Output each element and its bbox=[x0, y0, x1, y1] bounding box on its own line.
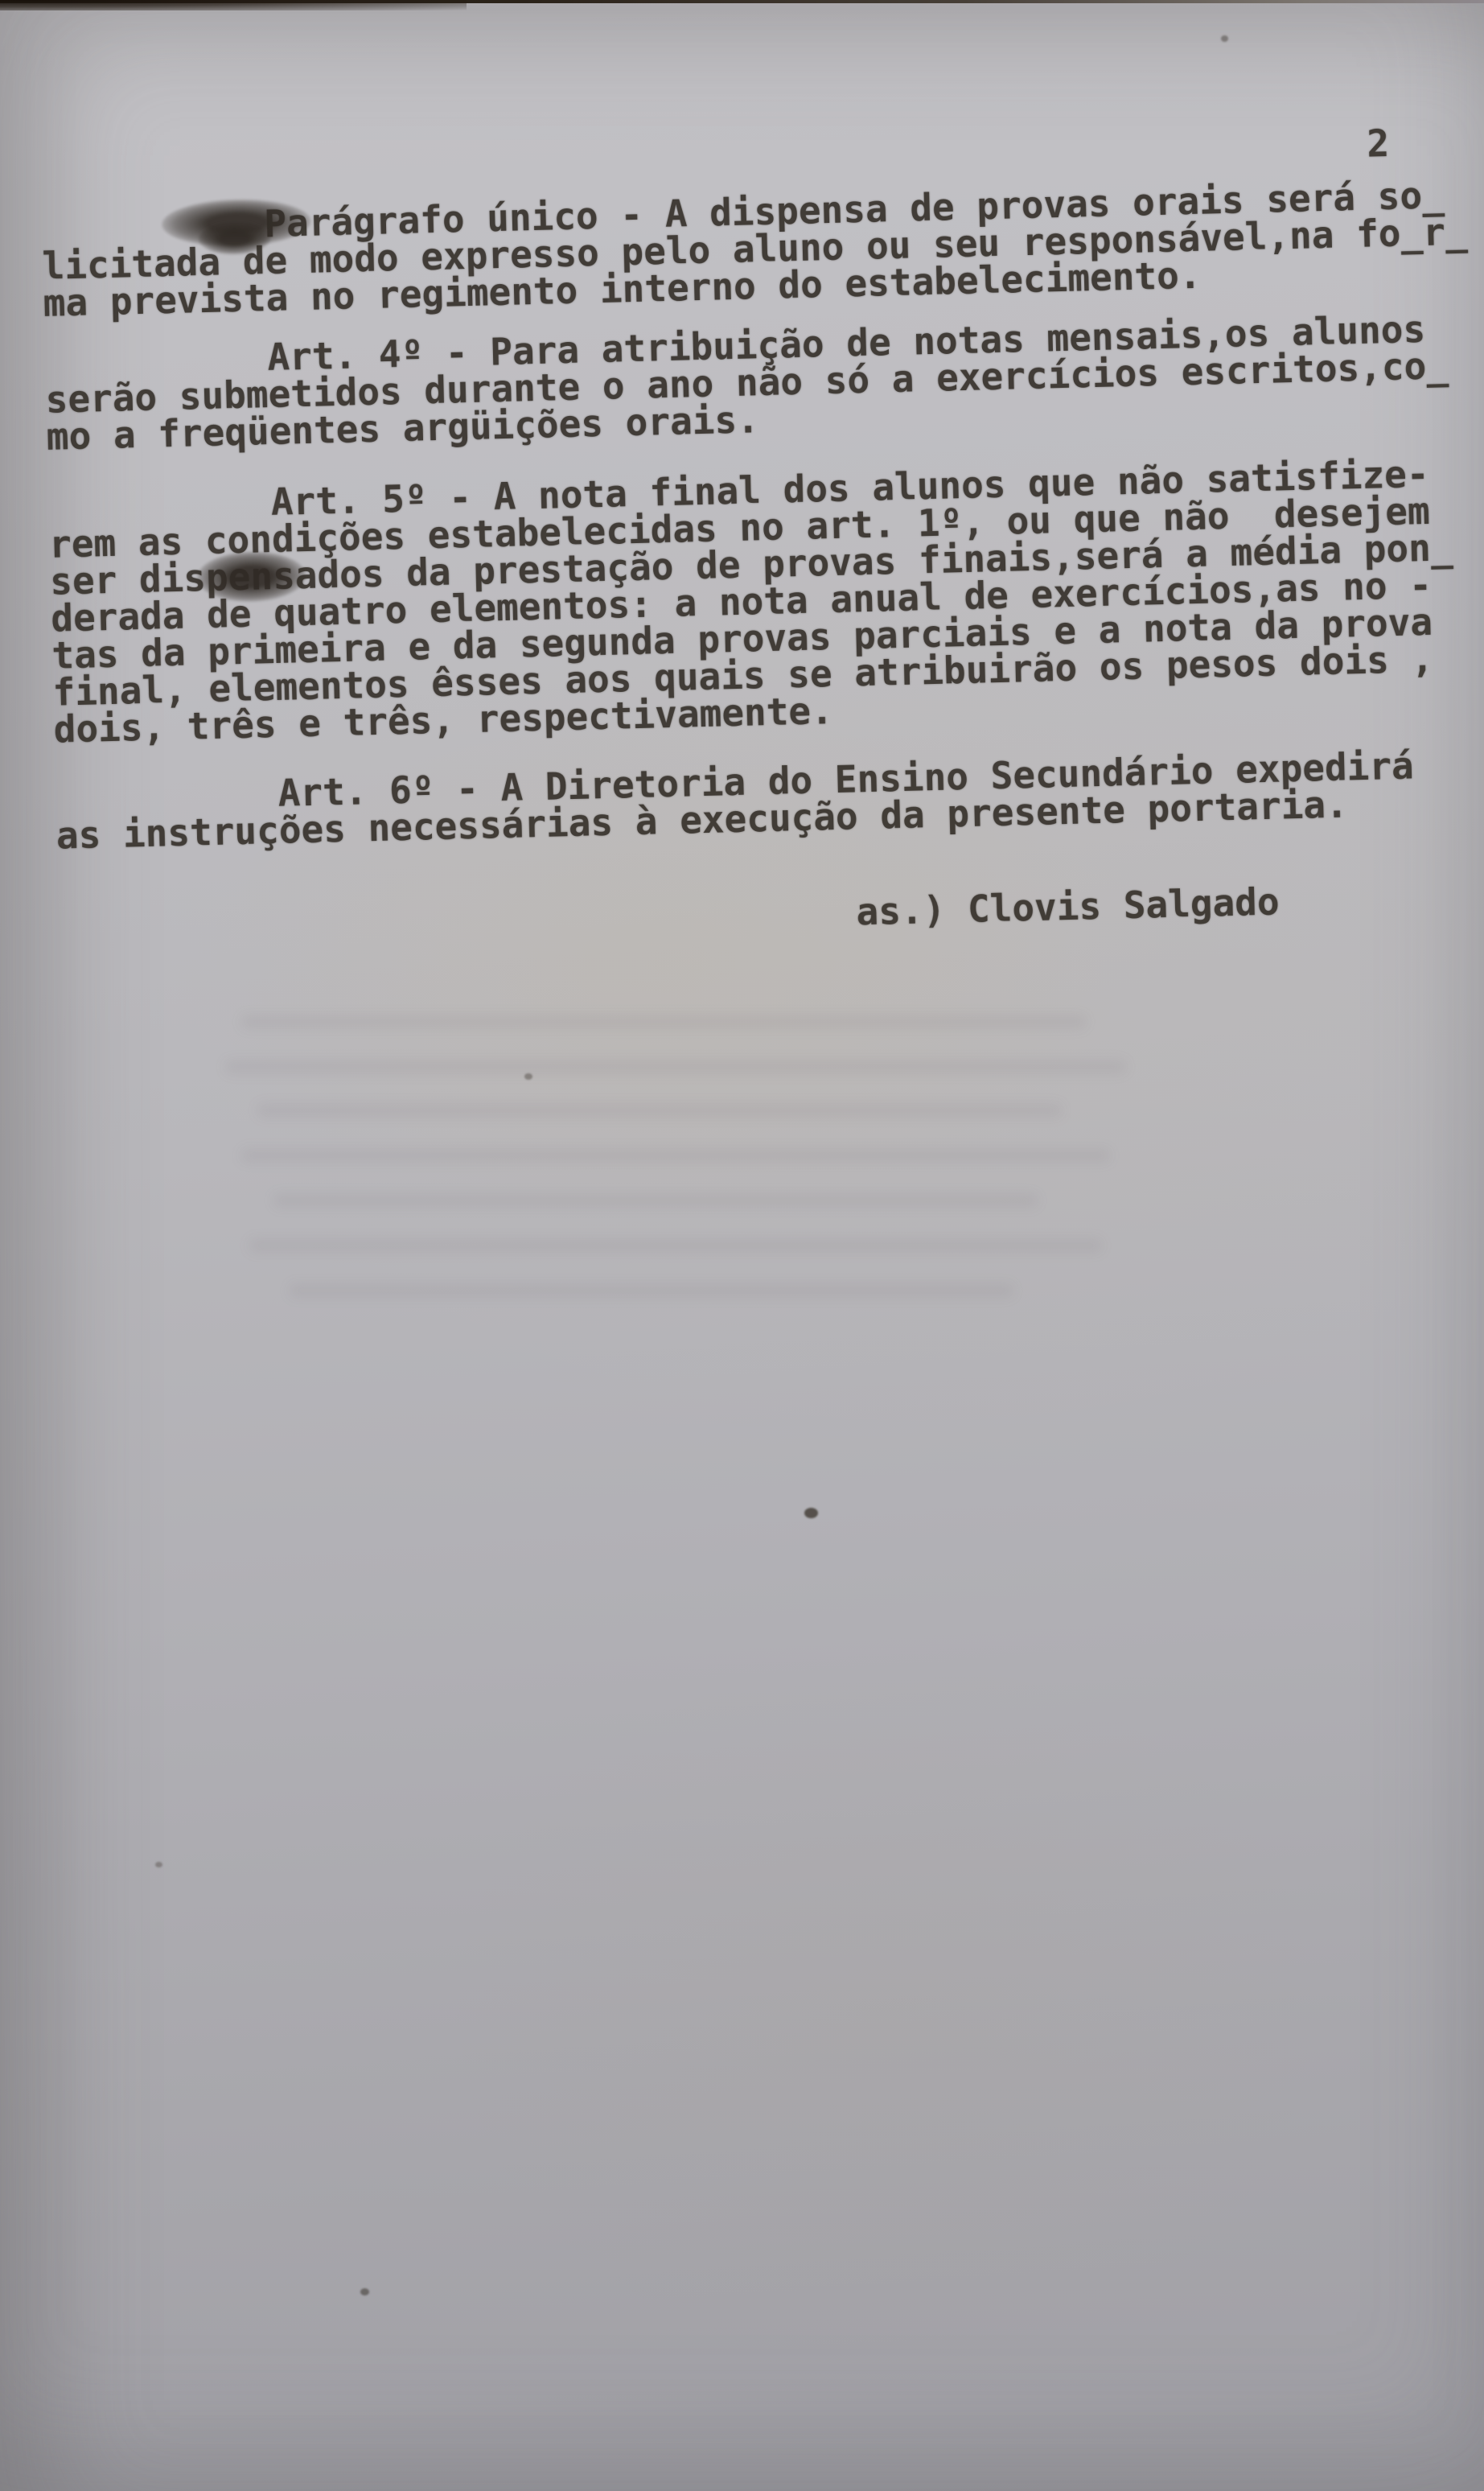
scanned-document-page: 2 Parágrafo único - A dispensa de provas… bbox=[0, 0, 1484, 2491]
typewritten-text-layer: 2 Parágrafo único - A dispensa de provas… bbox=[39, 79, 1484, 949]
page-number: 2 bbox=[1367, 125, 1390, 163]
signature-line: as.) Clovis Salgado bbox=[856, 878, 1484, 931]
page-top-edge-blob bbox=[0, 0, 467, 10]
paper-speck bbox=[524, 1073, 532, 1080]
paper-speck bbox=[804, 1508, 818, 1518]
paper-speck bbox=[1221, 35, 1228, 42]
paper-speck bbox=[155, 1862, 162, 1867]
paragraph-art5: Art. 5º - A nota final dos alunos que nã… bbox=[47, 454, 1484, 748]
paragraph-art4: Art. 4º - Para atribuição de notas mensa… bbox=[44, 309, 1484, 455]
paper-warm-tint bbox=[442, 1649, 1327, 2374]
paragraph-art6: Art. 6º - A Diretoria do Ensino Secundár… bbox=[55, 745, 1484, 854]
paper-speck bbox=[360, 2288, 369, 2295]
